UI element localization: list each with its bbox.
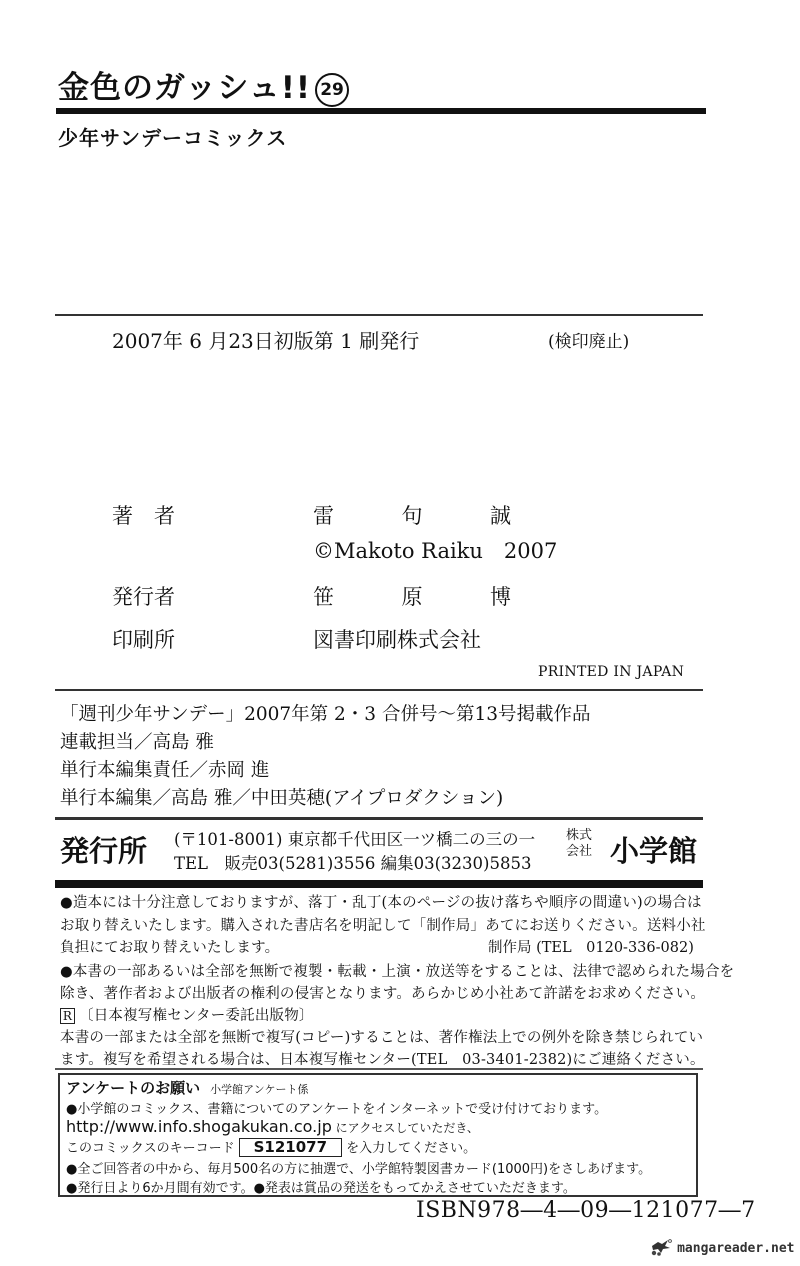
publisher-bottom-rule [55, 880, 703, 888]
author-name-part: 誠 [490, 504, 511, 528]
author-name-part: 句 [402, 504, 453, 528]
keycode-box: S121077 [239, 1138, 342, 1157]
volume-number-badge: 29 [315, 73, 349, 107]
notices-bottom-rule [55, 1068, 703, 1070]
jrrc-notice-line: 本書の一部または全部を無断で複写(コピー)することは、著作権法上での例外を除き禁… [60, 1026, 703, 1047]
jrrc-notice-line: ます。複写を希望される場合は、日本複写権センター(TEL 03-3401-238… [60, 1048, 705, 1069]
serialization-top-rule [55, 689, 703, 691]
volume-editors: 単行本編集／高島 雅／中田英穂(アイプロダクション) [60, 784, 503, 810]
survey-intro: ●小学館のコミックス、書籍についてのアンケートをインターネットで受け付けておりま… [66, 1098, 607, 1117]
printer-name: 図書印刷株式会社 [313, 624, 481, 654]
mangareader-logo-icon [650, 1238, 672, 1256]
corp-type-line: 会社 [566, 844, 592, 860]
printed-in-japan: PRINTED IN JAPAN [538, 664, 684, 680]
printer-label: 印刷所 [112, 624, 175, 654]
keycode-prefix: このコミックスのキーコード [66, 1141, 235, 1156]
publisher-person-part: 原 [402, 585, 453, 609]
watermark-text: mangareader.net [677, 1241, 794, 1256]
author-name: 雷 句 誠 [313, 500, 511, 530]
publisher-person-name: 笹 原 博 [313, 581, 511, 611]
survey-prize-line: ●全ご回答者の中から、毎月500名の方に抽選で、小学館特製図書カード(1000円… [66, 1158, 651, 1177]
author-label: 著 者 [112, 500, 175, 530]
serialization-bottom-rule [55, 817, 703, 820]
survey-url-link[interactable]: http://www.info.shogakukan.co.jp [66, 1117, 332, 1136]
corp-type-line: 株式 [566, 828, 592, 844]
publisher-address: (〒101-8001) 東京都千代田区一ツ橋二の三の一 [174, 826, 535, 850]
jrrc-label: 〔日本複写権センター委託出版物〕 [79, 1008, 314, 1024]
defect-notice-line: ●造本には十分注意しておりますが、落丁・乱丁(本のページの抜け落ちや順序の間違い… [60, 891, 702, 912]
survey-heading: アンケートのお願い小学館アンケート係 [66, 1077, 308, 1098]
book-title: 金色のガッシュ!!29 [58, 62, 349, 107]
publisher-person-part: 博 [490, 585, 511, 609]
volume-editor-in-charge: 単行本編集責任／赤岡 進 [60, 756, 269, 782]
imprint-label: 少年サンデーコミックス [58, 122, 287, 151]
edition-rule [55, 314, 703, 316]
survey-department: 小学館アンケート係 [210, 1083, 308, 1096]
keycode-suffix: を入力してください。 [346, 1141, 476, 1156]
jrrc-r-mark-icon: R [60, 1008, 75, 1024]
publisher-person-label: 発行者 [112, 581, 175, 611]
publisher-person-spread: 笹 原 博 [313, 581, 511, 611]
survey-url-line: http://www.info.shogakukan.co.jp にアクセスして… [66, 1117, 479, 1136]
title-text: 金色のガッシュ!! [58, 70, 311, 106]
survey-box: アンケートのお願い小学館アンケート係 ●小学館のコミックス、書籍についてのアンケ… [58, 1073, 698, 1197]
author-name-part: 雷 [313, 504, 364, 528]
copyright-line: ©Makoto Raiku 2007 [313, 535, 557, 565]
isbn-number: ISBN978―4―09―121077―7 [416, 1198, 756, 1223]
publisher-phone: TEL 販売03(5281)3556 編集03(3230)5853 [174, 850, 531, 874]
publisher-person-part: 笹 [313, 585, 364, 609]
header-rule [56, 108, 706, 114]
corporation-type: 株式 会社 [566, 828, 592, 860]
publisher-name: 小学館 [610, 829, 697, 870]
defect-notice-line: 負担にてお取り替えいたします。 [60, 936, 279, 957]
seal-abolished-note: (検印廃止) [548, 327, 629, 352]
jrrc-heading: R〔日本複写権センター委託出版物〕 [60, 1004, 314, 1025]
defect-notice-line: お取り替えいたします。購入された書店名を明記して「制作局」あてにお送りください。… [60, 914, 706, 935]
survey-validity-line: ●発行日より6か月間有効です。●発表は賞品の発送をもってかえさせていただきます。 [66, 1177, 576, 1196]
first-printing-date: 2007年 6 月23日初版第 1 刷発行 [112, 325, 419, 354]
author-name-spread: 雷 句 誠 [313, 500, 511, 530]
copyright-notice-line: ●本書の一部あるいは全部を無断で複製・転載・上演・放送等をすることは、法律で認め… [60, 960, 734, 981]
survey-title: アンケートのお願い [66, 1079, 200, 1097]
survey-url-tail: にアクセスしていただき、 [332, 1121, 479, 1135]
survey-keycode-line: このコミックスのキーコードS121077を入力してください。 [66, 1137, 476, 1157]
publisher-label: 発行所 [60, 829, 147, 870]
watermark: mangareader.net [650, 1237, 795, 1256]
serialization-source: 「週刊少年サンデー」2007年第 2・3 合併号～第13号掲載作品 [60, 700, 591, 726]
production-dept-contact: 制作局 (TEL 0120-336-082) [488, 936, 694, 957]
copyright-notice-line: 除き、著作者および出版者の権利の侵害となります。あらかじめ小社あて許諾をお求めく… [60, 982, 705, 1003]
serial-editor: 連載担当／高島 雅 [60, 728, 214, 754]
